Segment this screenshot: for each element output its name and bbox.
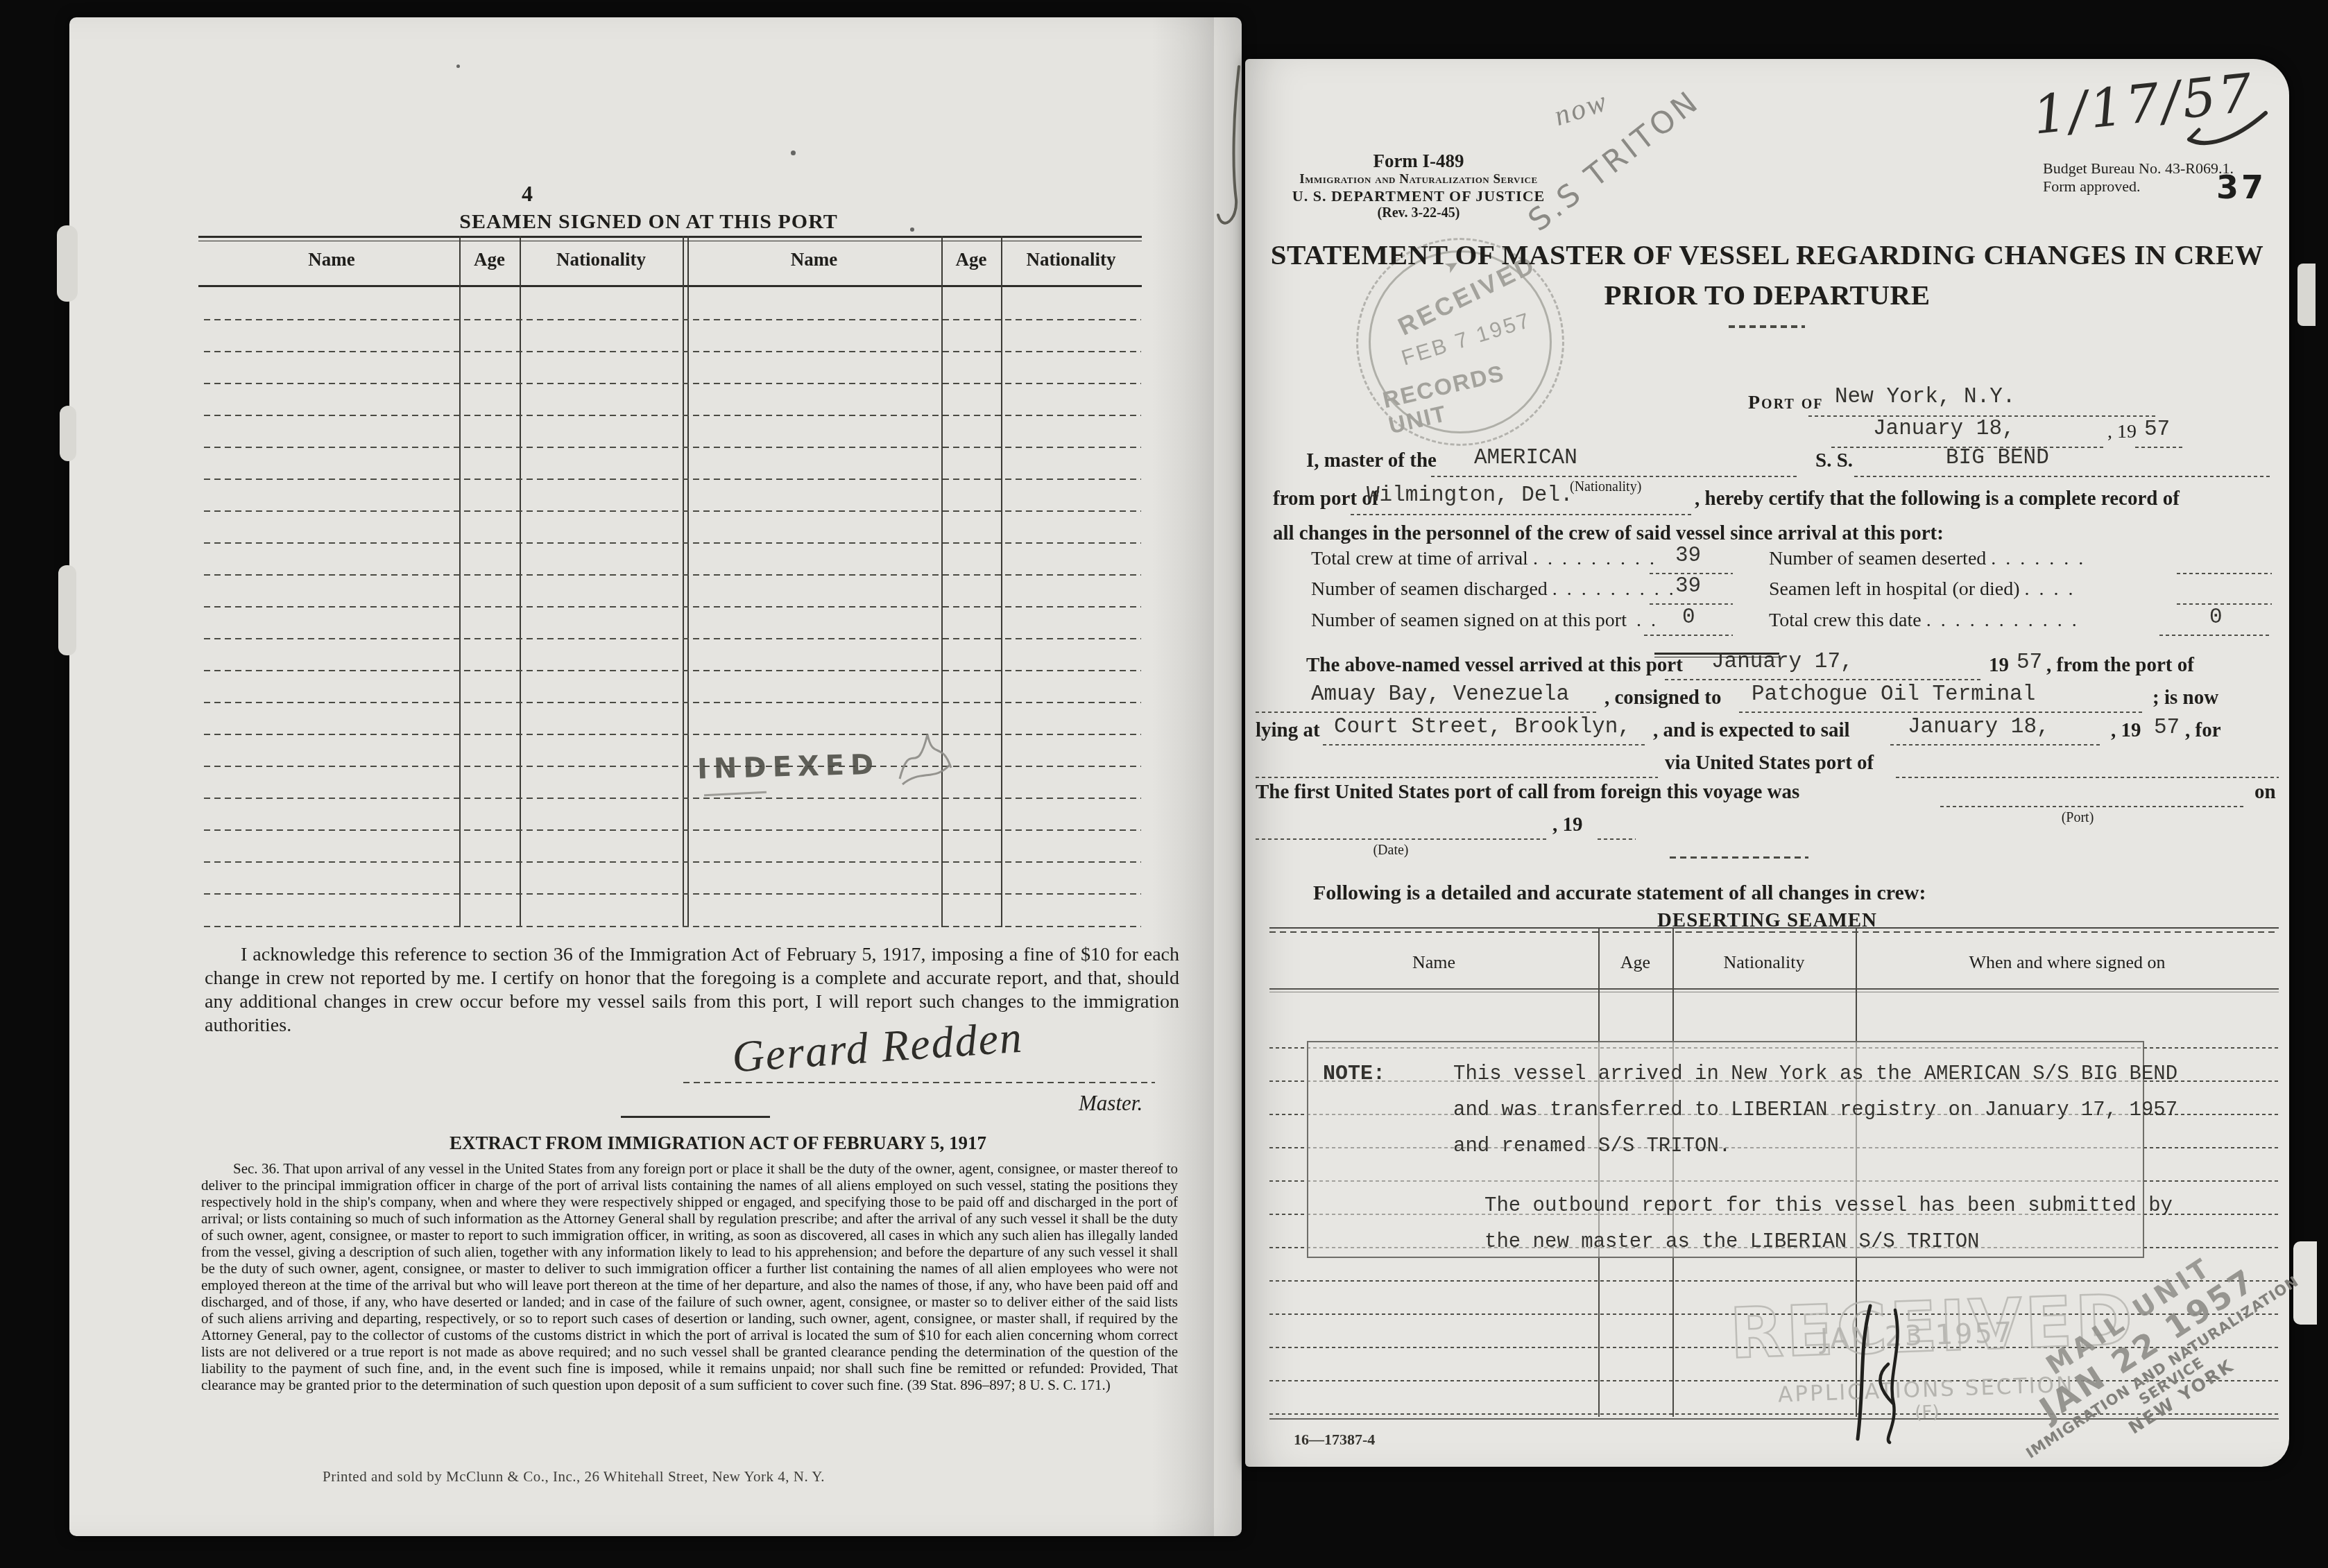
col-header-when-where: When and where signed on	[1856, 952, 2279, 973]
blank-line	[2135, 447, 2184, 448]
table-row-line	[204, 670, 1141, 671]
table-row-line	[204, 638, 1141, 639]
col-header-nationality: Nationality	[1672, 952, 1856, 973]
table-rule	[198, 285, 1142, 287]
indexed-stamp: INDEXED	[696, 749, 880, 786]
extract-title: EXTRACT FROM IMMIGRATION ACT OF FEBRUARY…	[267, 1132, 1169, 1154]
ink-speck	[791, 150, 796, 155]
scanned-document: 4 SEAMEN SIGNED ON AT THIS PORT Name Age…	[0, 0, 2328, 1568]
torn-edge	[60, 406, 76, 461]
col-header-nationality-1: Nationality	[520, 249, 683, 270]
table-row-line	[204, 606, 1141, 608]
right-page-number: 37	[2216, 169, 2266, 206]
on-label: on	[2254, 781, 2276, 804]
blank-line	[1739, 712, 2145, 713]
table-rule	[1269, 992, 2279, 992]
note-line-1: This vessel arrived in New York as the A…	[1453, 1062, 2177, 1085]
stat-signed-on-value: 0	[1682, 605, 1695, 630]
table-row-line	[204, 447, 1141, 448]
blank-line	[1650, 603, 1733, 605]
form-revision: (Rev. 3-22-45)	[1283, 205, 1554, 221]
certify-text: , hereby certify that the following is a…	[1695, 488, 2180, 510]
pencil-note-now: now	[1550, 85, 1613, 133]
for-label: , for	[2185, 719, 2221, 742]
table-row-line	[204, 893, 1141, 895]
lying-location-value: Court Street, Brooklyn,	[1334, 715, 1631, 739]
stat-discharged-label: Number of seamen discharged . . . . . . …	[1311, 578, 1674, 601]
table-row-line	[204, 542, 1141, 544]
master-of-label: I, master of the	[1306, 449, 1437, 472]
table-row-line	[204, 702, 1141, 703]
date-caption: (Date)	[1321, 843, 1460, 859]
table-row-line	[204, 766, 1141, 767]
certify-line2: all changes in the personnel of the crew…	[1273, 522, 1944, 545]
col-header-age-1: Age	[459, 249, 520, 270]
column-divider	[683, 236, 684, 927]
stat-arrival-value: 39	[1675, 544, 1701, 568]
via-us-port-label: via United States port of	[1665, 752, 1874, 775]
sail-date-value: January 18,	[1908, 715, 2050, 739]
table-rule	[198, 236, 1142, 238]
pencil-check-mark	[704, 791, 767, 797]
extract-sec36-text: Sec. 36. That upon arrival of any vessel…	[201, 1160, 1178, 1393]
stat-total-label: Total crew this date . . . . . . . . . .…	[1769, 610, 2077, 632]
note-line-5: the new master as the LIBERIAN S/S TRITO…	[1484, 1230, 1980, 1253]
deserting-seamen-title: DESERTING SEAMEN	[1245, 909, 2289, 932]
blank-line	[1890, 744, 2102, 746]
table-row-line	[204, 926, 1141, 927]
column-divider	[1001, 236, 1002, 927]
nationality-caption: (Nationality)	[1570, 479, 1641, 495]
table-row-line	[204, 734, 1141, 735]
col-header-age-2: Age	[941, 249, 1001, 270]
blank-line	[1351, 514, 1692, 515]
table-rule	[1269, 931, 2279, 933]
sail-year-printed: , 19	[2111, 719, 2141, 742]
blank-line	[2177, 573, 2272, 574]
port-caption: (Port)	[2008, 810, 2147, 826]
form-department: U. S. DEPARTMENT OF JUSTICE	[1283, 187, 1554, 205]
table-rule	[1269, 988, 2279, 990]
torn-edge	[57, 225, 78, 302]
table-row-line	[204, 861, 1141, 863]
column-divider	[459, 236, 461, 927]
signature-title: Master.	[1079, 1091, 1142, 1116]
expected-sail-label: , and is expected to sail	[1653, 719, 1850, 742]
lying-at-label: lying at	[1256, 719, 1320, 742]
blank-line	[1940, 806, 2245, 807]
is-now-label: ; is now	[2152, 687, 2218, 709]
table-row-line	[204, 574, 1141, 576]
form-number: Form I-489	[1283, 150, 1554, 172]
date-value: January 18,	[1873, 417, 2015, 441]
section-rule	[1670, 856, 1808, 859]
blank-line	[1256, 777, 1658, 778]
table-row-line	[204, 383, 1141, 384]
blank-line	[2177, 603, 2272, 605]
vessel-value: BIG BEND	[1946, 446, 2049, 470]
year-value: 57	[2144, 417, 2170, 442]
pencil-scribble-icon	[891, 725, 957, 791]
table-row-line	[204, 798, 1141, 799]
arrival-year-value: 57	[2017, 651, 2042, 675]
from-port-value: Wilmington, Del.	[1367, 483, 1573, 508]
col-header-age: Age	[1598, 952, 1672, 973]
ink-initials-mark	[1838, 1300, 1922, 1446]
stat-discharged-value: 39	[1675, 574, 1701, 598]
note-label: NOTE:	[1323, 1062, 1385, 1086]
table-rule	[198, 241, 1142, 241]
check-swoosh-icon	[2185, 109, 2272, 150]
form-id-block: Form I-489 Immigration and Naturalizatio…	[1283, 150, 1554, 221]
table-row-line	[204, 415, 1141, 416]
year-printed: , 19	[2107, 421, 2137, 443]
left-table-title: SEAMEN SIGNED ON AT THIS PORT	[198, 210, 1099, 234]
from-port-label: from port of	[1273, 488, 1378, 510]
blank-line	[1256, 712, 1597, 713]
sail-year-value: 57	[2154, 716, 2180, 740]
column-divider	[941, 236, 943, 927]
stat-total-value: 0	[2209, 605, 2223, 630]
col-header-nationality-2: Nationality	[1001, 249, 1141, 270]
table-row-line	[204, 319, 1141, 320]
arrival-year-printed: 19	[1989, 654, 2009, 677]
note-line-3: and renamed S/S TRITON.	[1453, 1135, 1731, 1157]
pen-stroke-mark	[1213, 64, 1254, 241]
nationality-value: AMERICAN	[1474, 446, 1577, 470]
blank-line	[2159, 635, 2272, 636]
col-header-name: Name	[1269, 952, 1598, 973]
column-divider	[687, 236, 689, 927]
blank-line	[1256, 838, 1547, 840]
col-header-name-1: Name	[204, 249, 459, 270]
following-line: Following is a detailed and accurate sta…	[1313, 881, 1926, 905]
blank-line	[1598, 838, 1636, 840]
signature-line	[683, 1082, 1155, 1083]
blank-line	[1854, 476, 2272, 477]
stat-signed-on-label: Number of seamen signed on at this port …	[1311, 610, 1656, 632]
form-title-line1: STATEMENT OF MASTER OF VESSEL REGARDING …	[1245, 238, 2289, 271]
ink-speck	[910, 227, 914, 232]
port-of-label: Port of	[1748, 392, 1824, 414]
table-row-line	[204, 829, 1141, 831]
arrival-line1-label: The above-named vessel arrived at this p…	[1306, 654, 1683, 677]
form-agency: Immigration and Naturalization Service	[1283, 172, 1554, 187]
left-page: 4 SEAMEN SIGNED ON AT THIS PORT Name Age…	[69, 17, 1242, 1536]
torn-edge	[58, 565, 76, 655]
consigned-to-label: , consigned to	[1604, 687, 1721, 709]
blank-line	[1431, 476, 1797, 477]
arrival-line1-rest: , from the port of	[2046, 654, 2194, 677]
ink-speck	[456, 64, 460, 68]
date2-printed: , 19	[1552, 813, 1583, 836]
ss-label: S. S.	[1815, 449, 1853, 472]
consignee-value: Patchogue Oil Terminal	[1752, 682, 2035, 707]
printer-imprint: Printed and sold by McClunn & Co., Inc.,…	[323, 1468, 825, 1485]
blank-line	[1323, 744, 1645, 746]
acknowledgment-text: I acknowledge this reference to section …	[205, 943, 1179, 1037]
blank-line	[1644, 635, 1733, 636]
col-header-name-2: Name	[687, 249, 941, 270]
footer-print-code: 16—17387-4	[1294, 1431, 1375, 1449]
note-line-4: The outbound report for this vessel has …	[1484, 1194, 2173, 1217]
stat-deserted-label: Number of seamen deserted . . . . . . .	[1769, 548, 2083, 570]
divider-rule	[621, 1116, 770, 1118]
first-port-label: The first United States port of call fro…	[1256, 781, 1799, 804]
form-title-line2: PRIOR TO DEPARTURE	[1245, 278, 2289, 311]
left-page-number: 4	[499, 181, 555, 207]
table-row-line	[204, 351, 1141, 352]
blank-line	[1896, 777, 2279, 778]
table-row-line	[204, 510, 1141, 512]
from-foreign-port-value: Amuay Bay, Venezuela	[1311, 682, 1569, 707]
paper-sliver	[2297, 264, 2316, 326]
note-line-2: and was transferred to LIBERIAN registry…	[1453, 1099, 2177, 1121]
arrival-date-value: January 17,	[1711, 650, 1854, 674]
title-rule	[1729, 325, 1805, 328]
port-value: New York, N.Y.	[1835, 385, 2015, 409]
table-row-line	[204, 479, 1141, 480]
stat-arrival-label: Total crew at time of arrival . . . . . …	[1311, 548, 1654, 570]
stat-hospital-label: Seamen left in hospital (or died) . . . …	[1769, 578, 2073, 601]
blank-line	[1665, 679, 1980, 680]
table-rule	[1269, 927, 2279, 929]
column-divider	[520, 236, 521, 927]
right-page: Form I-489 Immigration and Naturalizatio…	[1245, 59, 2289, 1467]
